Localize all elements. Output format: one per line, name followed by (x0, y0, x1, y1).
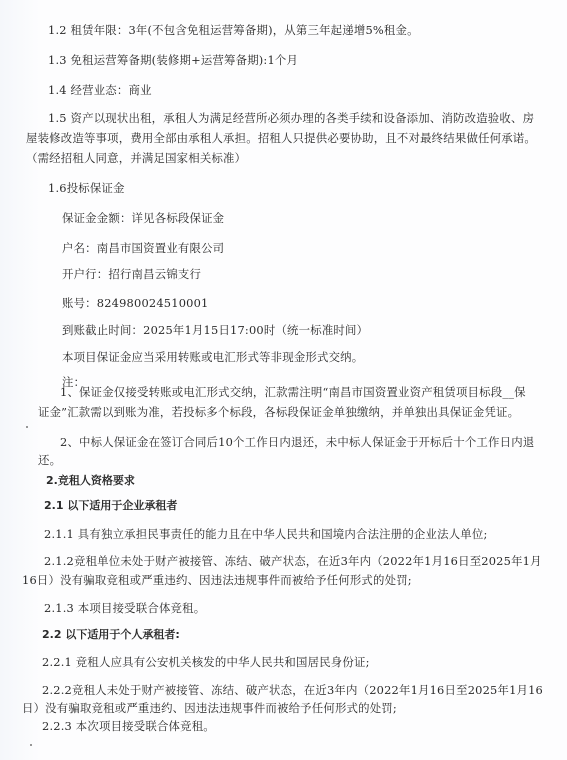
section-2-2-heading: 2.2 以下适用于个人承租者: (42, 627, 180, 643)
deposit-payment-method: 本项目保证金应当采用转账或电汇形式等非现金形式交纳。 (62, 349, 363, 365)
bank-branch: 开户行：招行南昌云锦支行 (62, 266, 201, 282)
document-page: 1.2 租赁年限：3年(不包含免租运营筹备期)，从第三年起递增5%租金。 1.3… (0, 0, 567, 760)
clause-2-1-2-line-1: 2.1.2竞租单位未处于财产被接管、冻结、破产状态，在近3年内（2022年1月1… (44, 553, 542, 569)
account-number: 账号：824980024510001 (62, 295, 208, 311)
note-2-line-2: 还。 (38, 452, 61, 468)
section-2-heading: 2.竞租人资格要求 (46, 473, 135, 489)
clause-1-3-rent-free-period: 1.3 免租运营筹备期(装修期+运营筹备期):1个月 (48, 52, 298, 68)
clause-1-5-line-1: 1.5 资产以现状出租，承租人为满足经营所必须办理的各类手续和设备添加、消防改造… (48, 110, 534, 126)
clause-1-4-business-type: 1.4 经营业态：商业 (48, 82, 152, 98)
clause-2-2-3: 2.2.3 本次项目接受联合体竞租。 (42, 718, 215, 734)
scan-speck (26, 426, 28, 428)
clause-1-5-line-2: 屋装修改造等事项，费用全部由承租人承担。招租人只提供必要协助，且不对最终结果做任… (26, 130, 536, 146)
account-name: 户名：南昌市国资置业有限公司 (62, 240, 224, 256)
scan-shading (0, 0, 40, 760)
clause-2-2-1: 2.2.1 竞租人应具有公安机关核发的中华人民共和国居民身份证; (42, 654, 370, 670)
clause-1-5-line-3: （需经招租人同意，并满足国家相关标准） (26, 150, 246, 166)
note-1-line-2: 证金”汇款需以到账为准，若投标多个标段，各标段保证金单独缴纳，并单独出具保证金凭… (38, 404, 519, 420)
clause-1-6-bid-deposit: 1.6投标保证金 (48, 180, 125, 196)
clause-2-2-2-line-1: 2.2.2竞租人未处于财产被接管、冻结、破产状态，在近3年内（2022年1月16… (42, 682, 543, 698)
clause-2-1-1: 2.1.1 具有独立承担民事责任的能力且在中华人民共和国境内合法注册的企业法人单… (44, 526, 488, 542)
note-1-line-1: 1、保证金仅接受转账或电汇形式交纳，汇款需注明“南昌市国资置业资产租赁项目标段_… (60, 384, 526, 400)
deposit-deadline: 到账截止时间：2025年1月15日17:00时（统一标准时间） (62, 322, 368, 338)
clause-2-2-2-line-2: 日）没有骗取竞租或严重违约、因违法违规事件而被给予任何形式的处罚; (22, 700, 397, 716)
clause-1-2-lease-term: 1.2 租赁年限：3年(不包含免租运营筹备期)，从第三年起递增5%租金。 (48, 22, 419, 38)
clause-2-1-2-line-2: 16日）没有骗取竞租或严重违约、因违法违规事件而被给予任何形式的处罚; (22, 572, 412, 588)
note-2-line-1: 2、中标人保证金在签订合同后10个工作日内退还，未中标人保证金于开标后十个工作日… (60, 434, 534, 450)
deposit-amount: 保证金金额：详见各标段保证金 (62, 210, 224, 226)
scan-speck (30, 744, 32, 746)
clause-2-1-3: 2.1.3 本项目接受联合体竞租。 (44, 600, 205, 616)
section-2-1-heading: 2.1 以下适用于企业承租者 (44, 498, 177, 514)
